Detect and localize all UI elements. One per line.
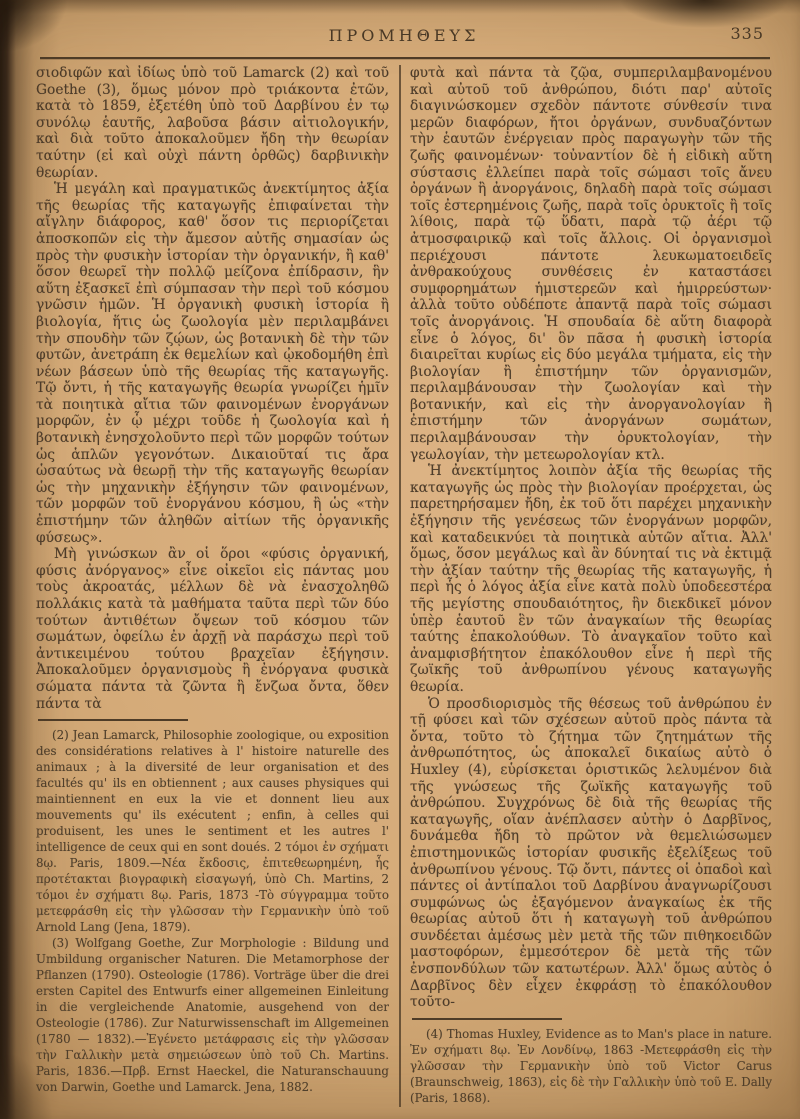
footnote-rule	[38, 719, 188, 721]
page-number: 335	[730, 24, 764, 43]
text-columns: σιοδιφῶν καὶ ἰδίως ὑπὸ τοῦ Lamarck (2) κ…	[36, 65, 772, 1107]
footnote: (2) Jean Lamarck, Philosophie zoologique…	[36, 727, 389, 935]
paragraph: Ἡ μεγάλη καὶ πραγματικῶς ἀνεκτίμητος ἀξί…	[36, 181, 389, 546]
footnote: (4) Thomas Huxley, Evidence as to Man's …	[410, 1026, 772, 1106]
left-column: σιοδιφῶν καὶ ἰδίως ὑπὸ τοῦ Lamarck (2) κ…	[36, 65, 389, 1107]
paragraph: σιοδιφῶν καὶ ἰδίως ὑπὸ τοῦ Lamarck (2) κ…	[36, 65, 389, 181]
journal-title: ΠΡΟΜΗΘΕΥΣ	[40, 26, 768, 45]
paragraph: Ἡ ἀνεκτίμητος λοιπὸν ἀξία τῆς θεωρίας τῆ…	[410, 463, 772, 695]
paragraph: Μὴ γινώσκων ἂν οἱ ὅροι «φύσις ὀργανική, …	[36, 546, 389, 712]
scanned-book-page: ΠΡΟΜΗΘΕΥΣ 335 σιοδιφῶν καὶ ἰδίως ὑπὸ τοῦ…	[0, 0, 800, 1119]
right-column-body: φυτὰ καὶ πάντα τὰ ζῷα, συμπεριλαμβανομέν…	[410, 65, 772, 1011]
paragraph: Ὁ προσδιορισμὸς τῆς θέσεως τοῦ ἀνθρώπου …	[410, 696, 772, 1011]
footnote: (3) Wolfgang Goethe, Zur Morphologie : B…	[36, 935, 389, 1095]
right-column-footnotes: (4) Thomas Huxley, Evidence as to Man's …	[410, 1026, 772, 1106]
paragraph: φυτὰ καὶ πάντα τὰ ζῷα, συμπεριλαμβανομέν…	[410, 65, 772, 463]
footnote-rule	[412, 1018, 562, 1020]
column-divider-rule	[399, 65, 401, 1107]
page-header: ΠΡΟΜΗΘΕΥΣ 335	[40, 24, 768, 50]
header-rule	[40, 57, 770, 59]
left-column-footnotes: (2) Jean Lamarck, Philosophie zoologique…	[36, 727, 389, 1095]
right-column: φυτὰ καὶ πάντα τὰ ζῷα, συμπεριλαμβανομέν…	[410, 65, 772, 1107]
left-column-body: σιοδιφῶν καὶ ἰδίως ὑπὸ τοῦ Lamarck (2) κ…	[36, 65, 389, 712]
